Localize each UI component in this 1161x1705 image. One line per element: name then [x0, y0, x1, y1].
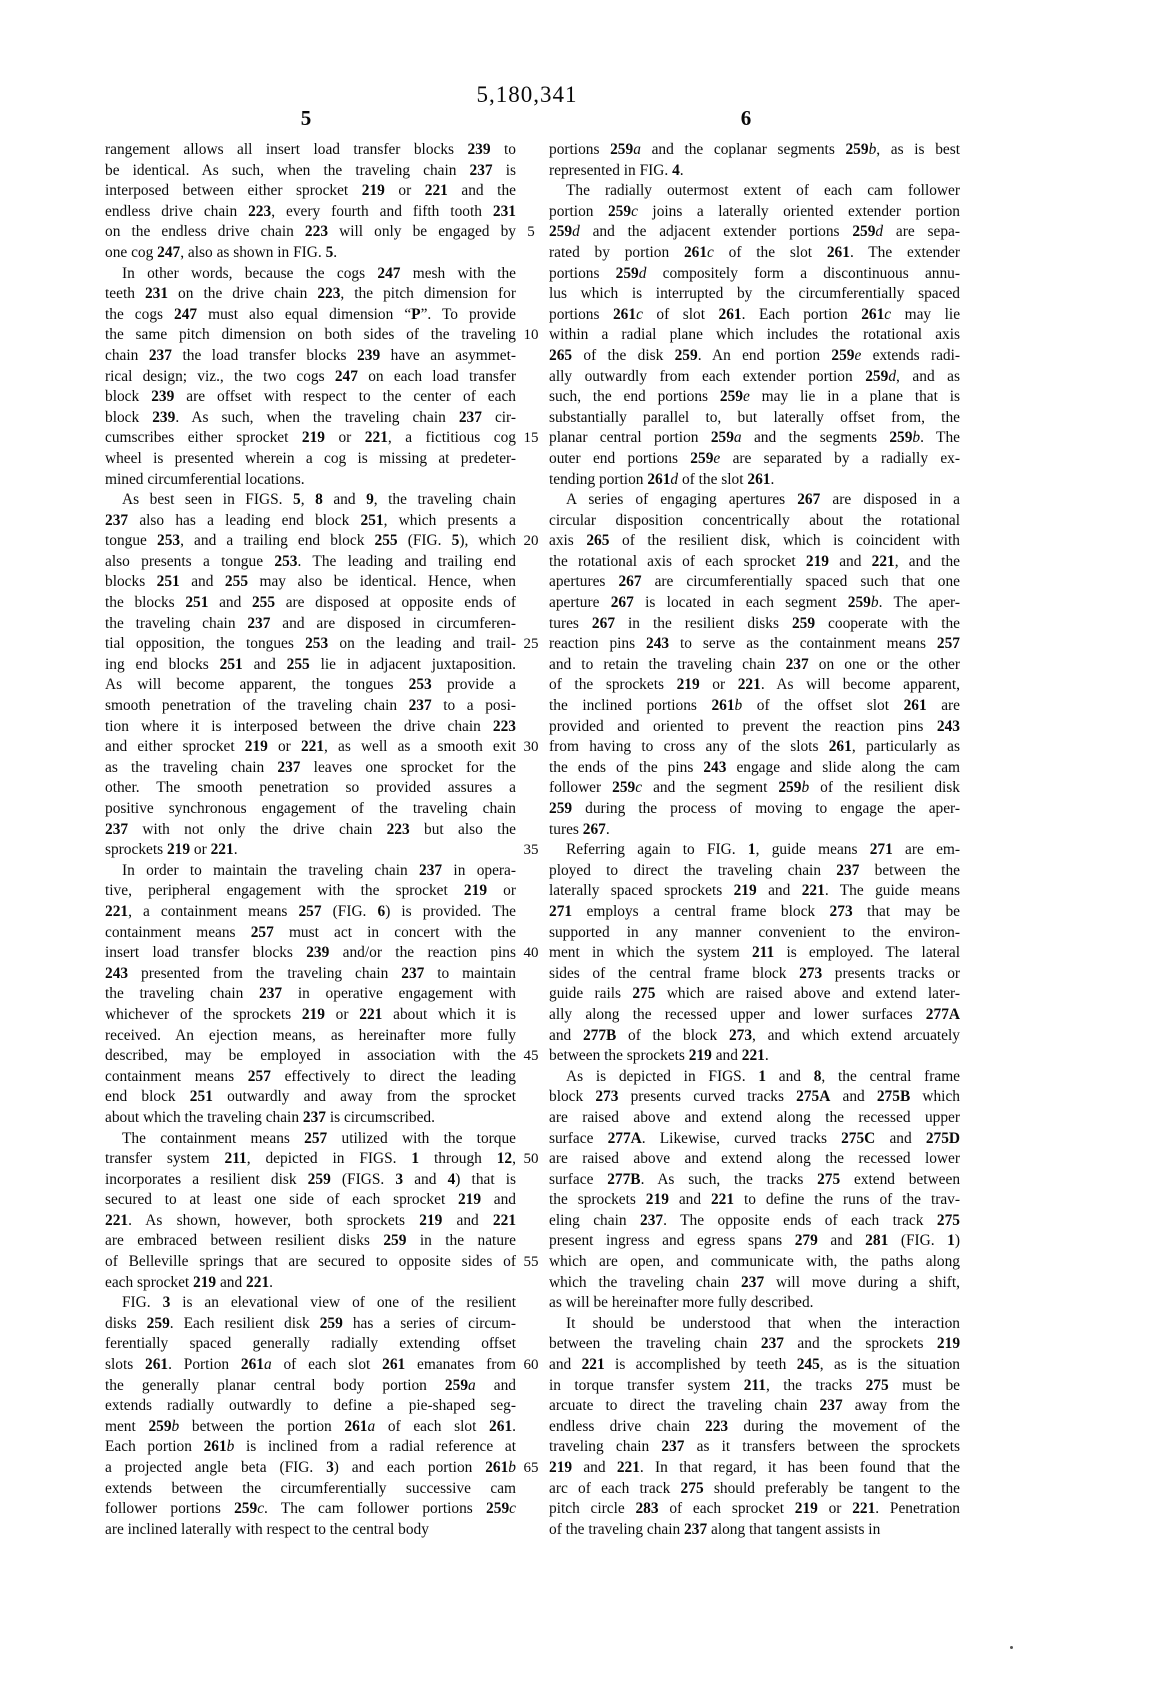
text-line: 259d and the adjacent extender portions …: [549, 222, 960, 243]
text-line: endless drive chain 223 during the movem…: [549, 1417, 960, 1438]
text-line: secured to at least one side of each spr…: [105, 1190, 516, 1211]
text-line: a projected angle beta (FIG. 3) and each…: [105, 1458, 516, 1479]
column-number-right: 6: [741, 106, 752, 131]
text-line: chain 237 the load transfer blocks 239 h…: [105, 346, 516, 367]
text-line: as will be hereinafter more fully descri…: [549, 1293, 960, 1314]
text-line: the traveling chain 237 in operative eng…: [105, 984, 516, 1005]
text-line: the generally planar central body portio…: [105, 1376, 516, 1397]
text-line: and 221 is accomplished by teeth 245, as…: [549, 1355, 960, 1376]
text-line: block 239. As such, when the traveling c…: [105, 408, 516, 429]
text-line: about which the traveling chain 237 is c…: [105, 1108, 516, 1129]
text-line: planar central portion 259a and the segm…: [549, 428, 960, 449]
text-line: containment means 257 must act in concer…: [105, 923, 516, 944]
text-line: interposed between either sprocket 219 o…: [105, 181, 516, 202]
text-line: such, the end portions 259e may lie in a…: [549, 387, 960, 408]
text-line: from having to cross any of the slots 26…: [549, 737, 960, 758]
text-line: one cog 247, also as shown in FIG. 5.: [105, 243, 516, 264]
text-line: positive synchronous engagement of the t…: [105, 799, 516, 820]
text-line: in torque transfer system 211, the track…: [549, 1376, 960, 1397]
line-number: 60: [514, 1355, 548, 1376]
text-line: ally along the recessed upper and lower …: [549, 1005, 960, 1026]
text-line: As best seen in FIGS. 5, 8 and 9, the tr…: [105, 490, 516, 511]
text-line: 237 also has a leading end block 251, wh…: [105, 511, 516, 532]
text-line: In order to maintain the traveling chain…: [105, 861, 516, 882]
text-line: As will become apparent, the tongues 253…: [105, 675, 516, 696]
text-line: described, may be employed in associatio…: [105, 1046, 516, 1067]
line-number: 45: [514, 1046, 548, 1067]
text-line: the same pitch dimension on both sides o…: [105, 325, 516, 346]
text-line: lus which is interrupted by the circumfe…: [549, 284, 960, 305]
text-line: the rotational axis of each sprocket 219…: [549, 552, 960, 573]
text-line: endless drive chain 223, every fourth an…: [105, 202, 516, 223]
text-line: Each portion 261b is inclined from a rad…: [105, 1437, 516, 1458]
text-line: It should be understood that when the in…: [549, 1314, 960, 1335]
text-line: the cogs 247 must also equal dimension “…: [105, 305, 516, 326]
scan-speck: [1010, 1646, 1013, 1649]
text-line: which the traveling chain 237 will move …: [549, 1273, 960, 1294]
line-number: 5: [514, 222, 548, 243]
text-line: supported in any manner convenient to th…: [549, 923, 960, 944]
text-line: are embraced between resilient disks 259…: [105, 1231, 516, 1252]
text-line: ing end blocks 251 and 255 lie in adjace…: [105, 655, 516, 676]
text-line: traveling chain 237 as it transfers betw…: [549, 1437, 960, 1458]
text-line: 271 employs a central frame block 273 th…: [549, 902, 960, 923]
text-line: wheel is presented wherein a cog is miss…: [105, 449, 516, 470]
text-line: 219 and 221. In that regard, it has been…: [549, 1458, 960, 1479]
text-line: insert load transfer blocks 239 and/or t…: [105, 943, 516, 964]
text-line: ment in which the system 211 is employed…: [549, 943, 960, 964]
right-column-text: portions 259a and the coplanar segments …: [549, 140, 960, 1540]
text-line: block 239 are offset with respect to the…: [105, 387, 516, 408]
text-line: tures 267.: [549, 820, 960, 841]
text-line: portions 259d compositely form a discont…: [549, 264, 960, 285]
line-number: 35: [514, 840, 548, 861]
text-line: between the sprockets 219 and 221.: [549, 1046, 960, 1067]
line-number: 65: [514, 1458, 548, 1479]
text-line: rangement allows all insert load transfe…: [105, 140, 516, 161]
text-line: guide rails 275 which are raised above a…: [549, 984, 960, 1005]
text-line: end block 251 outwardly and away from th…: [105, 1087, 516, 1108]
text-line: circular disposition concentrically abou…: [549, 511, 960, 532]
text-line: sprockets 219 or 221.: [105, 840, 516, 861]
patent-number: 5,180,341: [0, 82, 1054, 108]
text-line: block 273 presents curved tracks 275A an…: [549, 1087, 960, 1108]
line-number: 20: [514, 531, 548, 552]
text-line: tive, peripheral engagement with the spr…: [105, 881, 516, 902]
text-line: each sprocket 219 and 221.: [105, 1273, 516, 1294]
text-line: eling chain 237. The opposite ends of ea…: [549, 1211, 960, 1232]
text-line: other. The smooth penetration so provide…: [105, 778, 516, 799]
text-line: The containment means 257 utilized with …: [105, 1129, 516, 1150]
text-line: containment means 257 effectively to dir…: [105, 1067, 516, 1088]
text-line: A series of engaging apertures 267 are d…: [549, 490, 960, 511]
line-number: 40: [514, 943, 548, 964]
text-line: outer end portions 259e are separated by…: [549, 449, 960, 470]
text-line: the inclined portions 261b of the offset…: [549, 696, 960, 717]
text-line: of the traveling chain 237 along that ta…: [549, 1520, 960, 1541]
text-line: In other words, because the cogs 247 mes…: [105, 264, 516, 285]
text-line: rated by portion 261c of the slot 261. T…: [549, 243, 960, 264]
line-number: 50: [514, 1149, 548, 1170]
line-number: 30: [514, 737, 548, 758]
text-line: transfer system 211, depicted in FIGS. 1…: [105, 1149, 516, 1170]
text-line: ally outwardly from each extender portio…: [549, 367, 960, 388]
text-line: between the traveling chain 237 and the …: [549, 1334, 960, 1355]
text-line: aperture 267 is located in each segment …: [549, 593, 960, 614]
text-line: and to retain the traveling chain 237 on…: [549, 655, 960, 676]
text-line: slots 261. Portion 261a of each slot 261…: [105, 1355, 516, 1376]
text-line: are inclined laterally with respect to t…: [105, 1520, 516, 1541]
text-line: tending portion 261d of the slot 261.: [549, 470, 960, 491]
text-line: within a radial plane which includes the…: [549, 325, 960, 346]
text-line: extends between the circumferentially su…: [105, 1479, 516, 1500]
text-line: extends radially outwardly to define a p…: [105, 1396, 516, 1417]
text-line: tial opposition, the tongues 253 on the …: [105, 634, 516, 655]
text-line: as the traveling chain 237 leaves one sp…: [105, 758, 516, 779]
text-line: 237 with not only the drive chain 223 bu…: [105, 820, 516, 841]
text-line: 259 during the process of moving to enga…: [549, 799, 960, 820]
text-line: rical design; viz., the two cogs 247 on …: [105, 367, 516, 388]
text-line: tongue 253, and a trailing end block 255…: [105, 531, 516, 552]
line-number: 10: [514, 325, 548, 346]
text-line: portions 261c of slot 261. Each portion …: [549, 305, 960, 326]
text-line: are raised above and extend along the re…: [549, 1149, 960, 1170]
text-line: incorporates a resilient disk 259 (FIGS.…: [105, 1170, 516, 1191]
text-line: teeth 231 on the drive chain 223, the pi…: [105, 284, 516, 305]
text-line: received. An ejection means, as hereinaf…: [105, 1026, 516, 1047]
text-line: arcuate to direct the traveling chain 23…: [549, 1396, 960, 1417]
text-line: 221. As shown, however, both sprockets 2…: [105, 1211, 516, 1232]
text-line: tures 267 in the resilient disks 259 coo…: [549, 614, 960, 635]
text-line: smooth penetration of the traveling chai…: [105, 696, 516, 717]
text-line: on the endless drive chain 223 will only…: [105, 222, 516, 243]
text-line: surface 277B. As such, the tracks 275 ex…: [549, 1170, 960, 1191]
text-line: surface 277A. Likewise, curved tracks 27…: [549, 1129, 960, 1150]
text-line: and either sprocket 219 or 221, as well …: [105, 737, 516, 758]
text-line: represented in FIG. 4.: [549, 161, 960, 182]
text-line: portions 259a and the coplanar segments …: [549, 140, 960, 161]
text-line: arc of each track 275 should preferably …: [549, 1479, 960, 1500]
text-line: pitch circle 283 of each sprocket 219 or…: [549, 1499, 960, 1520]
text-line: cumscribes either sprocket 219 or 221, a…: [105, 428, 516, 449]
text-line: 243 presented from the traveling chain 2…: [105, 964, 516, 985]
line-number: 55: [514, 1252, 548, 1273]
column-number-left: 5: [301, 106, 312, 131]
text-line: and 277B of the block 273, and which ext…: [549, 1026, 960, 1047]
text-line: ment 259b between the portion 261a of ea…: [105, 1417, 516, 1438]
text-line: The radially outermost extent of each ca…: [549, 181, 960, 202]
text-line: follower portions 259c. The cam follower…: [105, 1499, 516, 1520]
text-line: 265 of the disk 259. An end portion 259e…: [549, 346, 960, 367]
text-line: blocks 251 and 255 may also be identical…: [105, 572, 516, 593]
text-line: provided and oriented to prevent the rea…: [549, 717, 960, 738]
text-line: be identical. As such, when the travelin…: [105, 161, 516, 182]
text-line: of Belleville springs that are secured t…: [105, 1252, 516, 1273]
text-line: present ingress and egress spans 279 and…: [549, 1231, 960, 1252]
text-line: laterally spaced sprockets 219 and 221. …: [549, 881, 960, 902]
left-column-text: rangement allows all insert load transfe…: [105, 140, 516, 1540]
text-line: FIG. 3 is an elevational view of one of …: [105, 1293, 516, 1314]
text-line: tion where it is interposed between the …: [105, 717, 516, 738]
text-line: which are open, and communicate with, th…: [549, 1252, 960, 1273]
text-line: are raised above and extend along the re…: [549, 1108, 960, 1129]
text-line: mined circumferential locations.: [105, 470, 516, 491]
text-line: disks 259. Each resilient disk 259 has a…: [105, 1314, 516, 1335]
text-line: 221, a containment means 257 (FIG. 6) is…: [105, 902, 516, 923]
text-line: the blocks 251 and 255 are disposed at o…: [105, 593, 516, 614]
patent-page: 5,180,341 5 6 rangement allows all inser…: [0, 0, 1161, 1705]
line-number: 15: [514, 428, 548, 449]
text-line: substantially parallel to, but laterally…: [549, 408, 960, 429]
text-line: follower 259c and the segment 259b of th…: [549, 778, 960, 799]
line-number: 25: [514, 634, 548, 655]
text-line: the ends of the pins 243 engage and slid…: [549, 758, 960, 779]
line-number-gutter: 5101520253035404550556065: [514, 140, 548, 1541]
text-line: the sprockets 219 and 221 to define the …: [549, 1190, 960, 1211]
text-line: As is depicted in FIGS. 1 and 8, the cen…: [549, 1067, 960, 1088]
text-line: of the sprockets 219 or 221. As will bec…: [549, 675, 960, 696]
text-line: whichever of the sprockets 219 or 221 ab…: [105, 1005, 516, 1026]
text-line: reaction pins 243 to serve as the contai…: [549, 634, 960, 655]
text-line: apertures 267 are circumferentially spac…: [549, 572, 960, 593]
text-line: also presents a tongue 253. The leading …: [105, 552, 516, 573]
text-line: Referring again to FIG. 1, guide means 2…: [549, 840, 960, 861]
text-line: sides of the central frame block 273 pre…: [549, 964, 960, 985]
text-line: axis 265 of the resilient disk, which is…: [549, 531, 960, 552]
text-line: ferentially spaced generally radially ex…: [105, 1334, 516, 1355]
text-line: portion 259c joins a laterally oriented …: [549, 202, 960, 223]
text-line: ployed to direct the traveling chain 237…: [549, 861, 960, 882]
text-line: the traveling chain 237 and are disposed…: [105, 614, 516, 635]
